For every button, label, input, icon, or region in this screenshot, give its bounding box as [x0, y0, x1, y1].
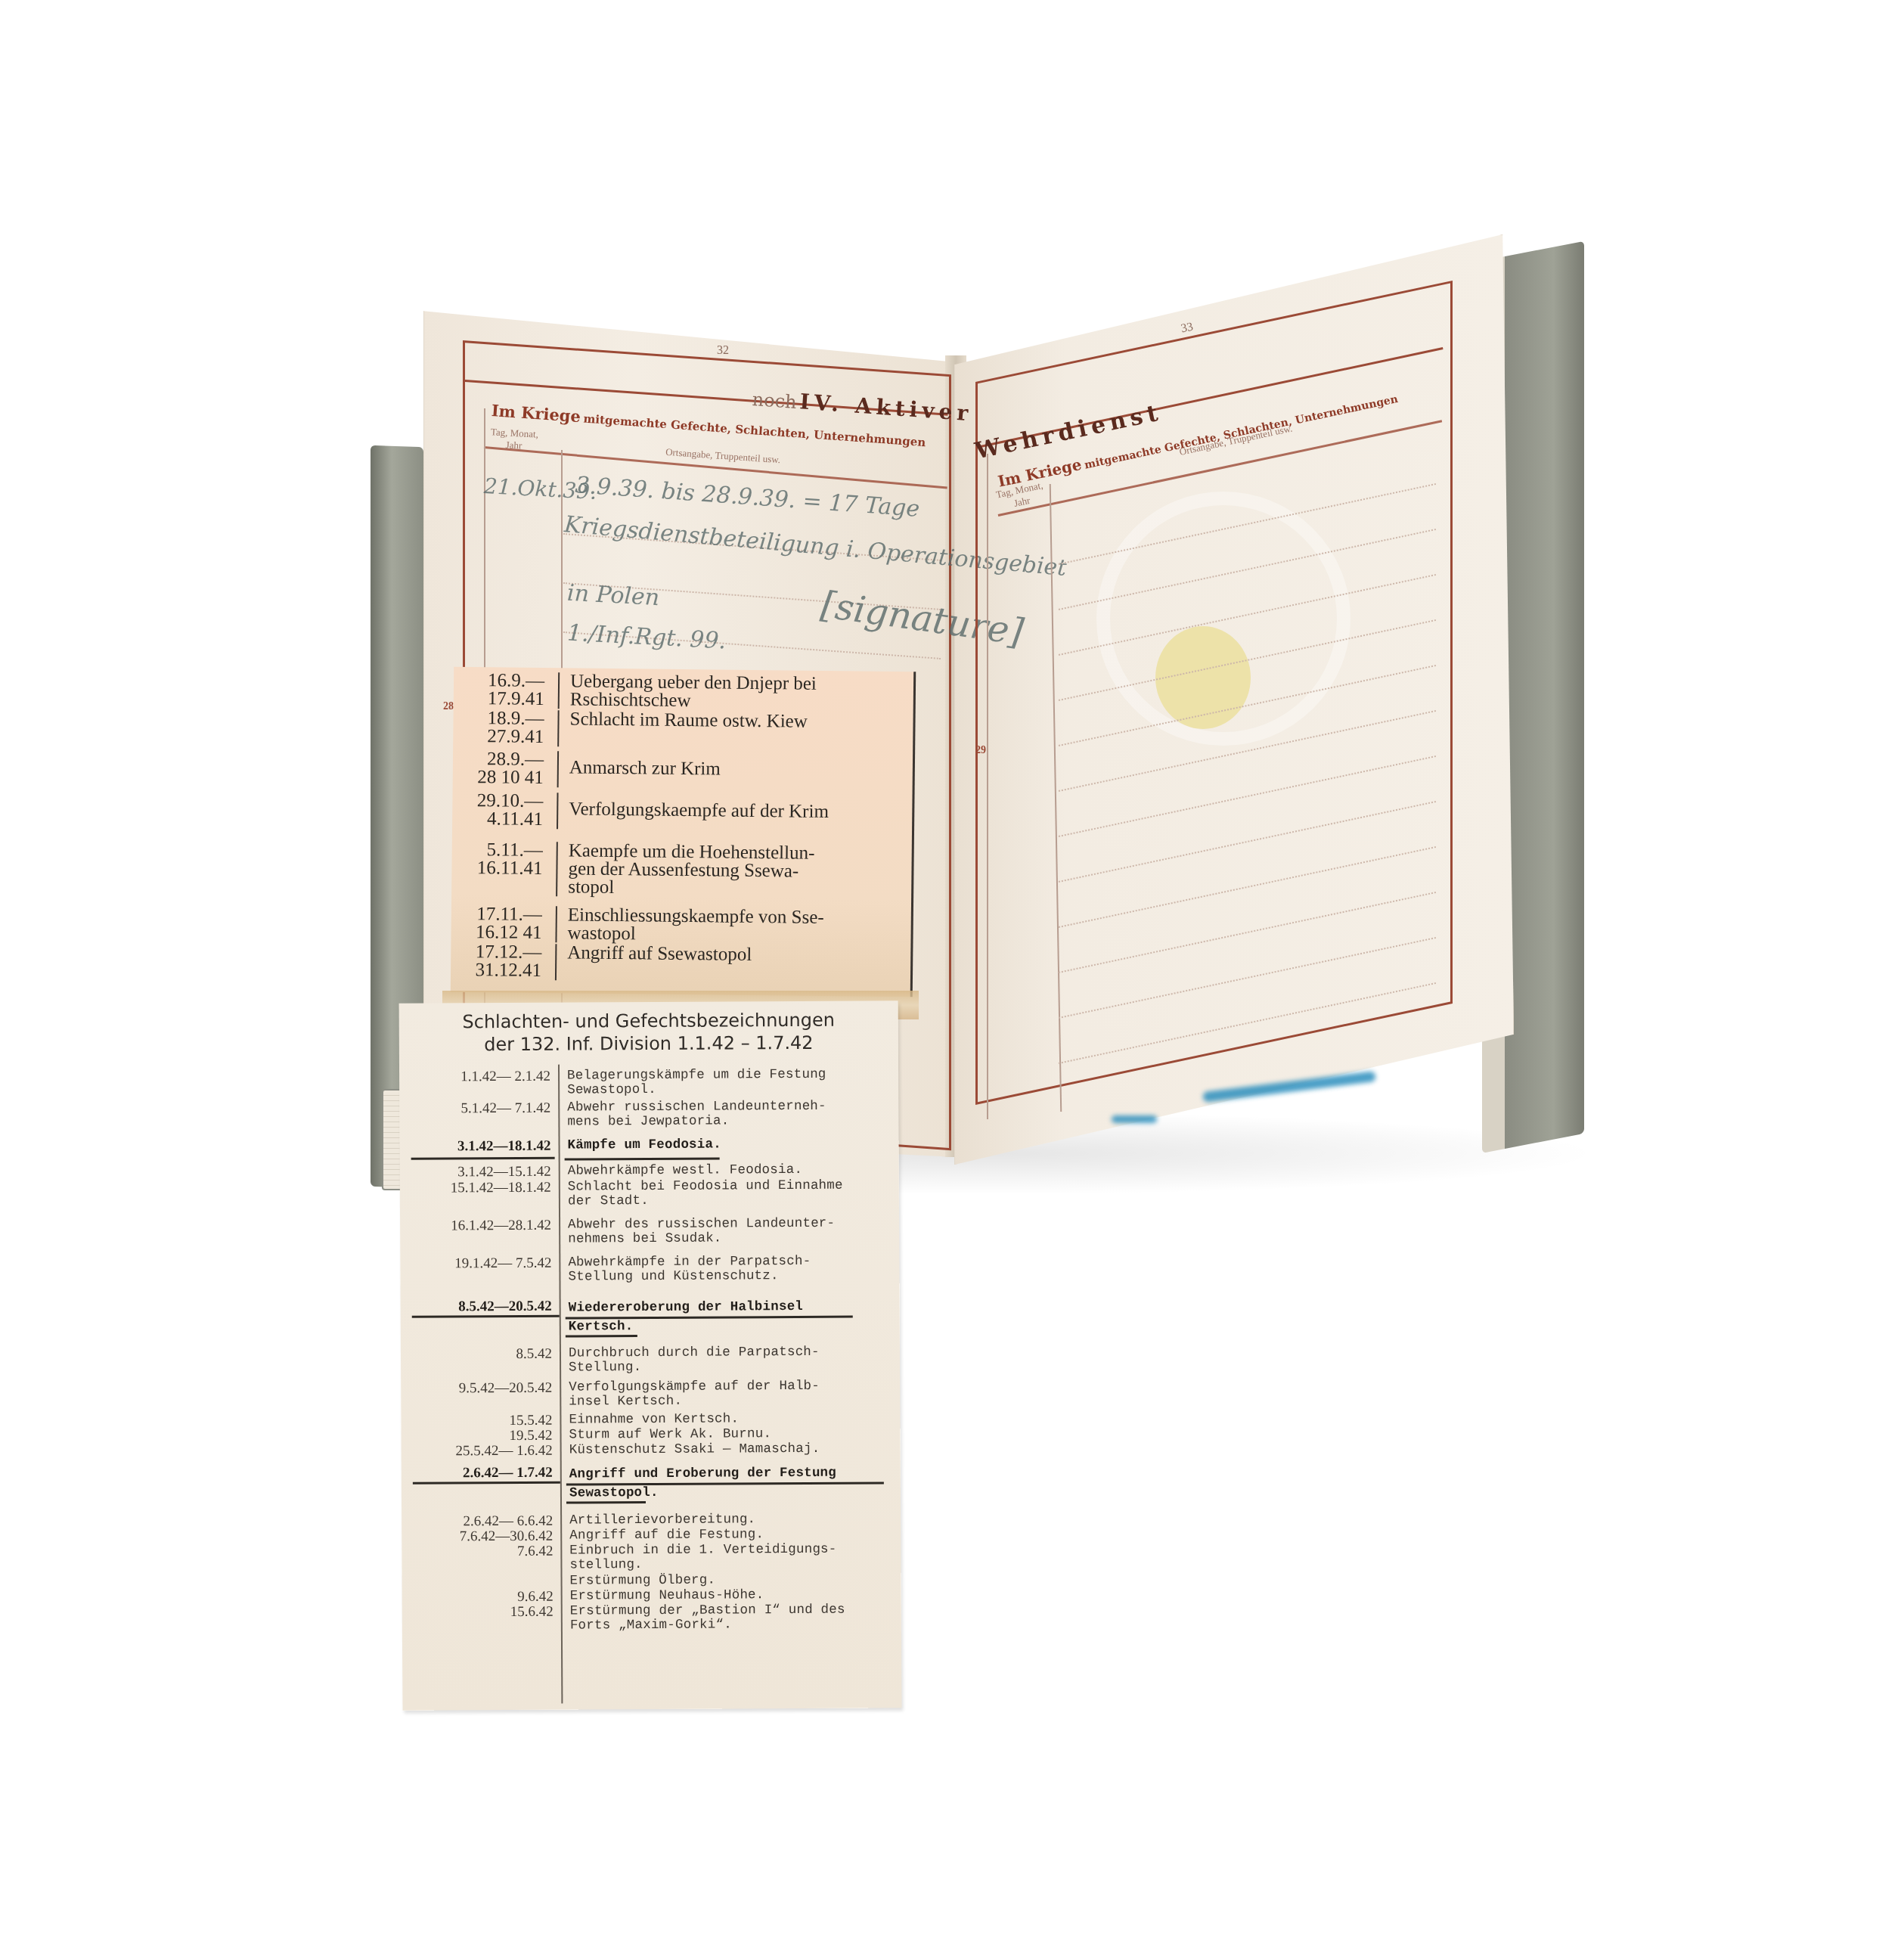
entry-date: 2.6.42— 1.7.42 [402, 1466, 562, 1504]
clipping-entry: 19.1.42— 7.5.42Abwehrkämpfe in der Parpa… [400, 1254, 892, 1285]
entry-text: Durchbruch durch die Parpatsch- Stellung… [561, 1345, 886, 1375]
entry-text: Einnahme von Kertsch. [561, 1411, 886, 1427]
clipping-entry: 1.1.42— 2.1.42Belagerungskämpfe um die F… [399, 1067, 891, 1098]
entry-date: 16.1.42—28.1.42 [400, 1218, 560, 1248]
row-number-left: 28 [443, 701, 454, 713]
clipping-entry: 15.1.42—18.1.42Schlacht bei Feodosia und… [400, 1178, 892, 1209]
entry-date: 9.5.42—20.5.42 [401, 1381, 561, 1410]
entry-text: Kaempfe um die Hoehenstellun- gen der Au… [556, 842, 886, 900]
entry-text: Schlacht bei Feodosia und Einnahme der S… [560, 1178, 885, 1208]
entry-date: 29.10.— 4.11.41 [452, 792, 557, 829]
blue-ink-stain [1112, 1115, 1157, 1123]
entry-text: Artillerievorbereitung. [562, 1512, 887, 1528]
section-rule [565, 1158, 720, 1161]
clipping-entry: 16.9.— 17.9.41 Uebergang ueber den Dnjep… [454, 672, 888, 712]
entry-date: 17.11.— 16.12 41 [451, 905, 555, 942]
entry-text: Küstenschutz Ssaki — Mamaschaj. [562, 1441, 887, 1457]
clipping-entry: 25.5.42— 1.6.42Küstenschutz Ssaki — Mama… [402, 1441, 893, 1458]
entry-date [402, 1575, 563, 1590]
clipping-entry: 5.1.42— 7.1.42Abwehr russischen Landeunt… [399, 1099, 891, 1130]
entry-text: Erstürmung Ölberg. [563, 1572, 888, 1588]
clipping-entry: Erstürmung Ölberg. [402, 1572, 894, 1589]
entry-date: 5.11.— 16.11.41 [451, 841, 557, 896]
clipping-entry: 2.6.42— 6.6.42Artillerievorbereitung. [402, 1512, 893, 1528]
entry-text: Anmarsch zur Krim [557, 751, 887, 791]
entry-text: Abwehr des russischen Landeunter- nehmen… [560, 1216, 885, 1246]
clipping-entry: 8.5.42Durchbruch durch die Parpatsch- St… [401, 1345, 892, 1376]
entry-date: 16.9.— 17.9.41 [454, 672, 558, 709]
entry-date: 28.9.— 28 10 41 [453, 750, 557, 787]
entry-date: 1.1.42— 2.1.42 [399, 1069, 560, 1099]
row-number-right: 29 [975, 745, 986, 757]
entry-text: Abwehr russischen Landeunterneh- mens be… [560, 1099, 885, 1129]
entry-date: 18.9.— 27.9.41 [453, 709, 557, 746]
clipping-entry: 15.5.42Einnahme von Kertsch. [401, 1411, 892, 1428]
entry-text: Sturm auf Werk Ak. Burnu. [562, 1426, 887, 1442]
entry-text: Einschliessungskaempfe von Sse- wastopol [555, 906, 885, 946]
entry-date: 19.1.42— 7.5.42 [400, 1256, 560, 1286]
section-rule [566, 1335, 637, 1337]
entry-date: 15.1.42—18.1.42 [400, 1181, 560, 1210]
entry-date: 8.5.42—20.5.42 [401, 1299, 561, 1338]
entry-date: 3.1.42—18.1.42 [399, 1139, 560, 1154]
clipping-entry: 28.9.— 28 10 41 Anmarsch zur Krim [453, 750, 887, 791]
entry-text: Uebergang ueber den Dnjepr bei Rschischt… [558, 672, 888, 712]
heading-prefix: noch [752, 389, 798, 413]
entry-text: Angriff auf Ssewastopol [555, 944, 885, 984]
entry-text: Kämpfe um Feodosia. [560, 1137, 885, 1153]
entry-date: 3.1.42—15.1.42 [400, 1165, 560, 1180]
clipping-entry: 15.6.42Erstürmung der „Bastion I“ und de… [402, 1602, 894, 1633]
entry-text: Erstürmung Neuhaus-Höhe. [563, 1587, 888, 1603]
clipping-entry: 9.5.42—20.5.42Verfolgungskämpfe auf der … [401, 1379, 892, 1410]
entry-text: Abwehrkämpfe westl. Feodosia. [560, 1162, 885, 1178]
right-margin-line [987, 454, 988, 1119]
clipping-entry: 3.1.42—15.1.42Abwehrkämpfe westl. Feodos… [400, 1162, 892, 1179]
entry-date: 7.6.42 [402, 1544, 562, 1574]
clipping-entry: 5.11.— 16.11.41 Kaempfe um die Hoehenste… [451, 841, 886, 900]
left-page-number: 32 [717, 344, 729, 358]
entry-date: 2.6.42— 6.6.42 [402, 1514, 562, 1529]
entry-date: 17.12.— 31.12.41 [451, 943, 555, 980]
clipping-entry-heading: 3.1.42—18.1.42Kämpfe um Feodosia. [399, 1137, 891, 1153]
clipping-entry: 16.1.42—28.1.42Abwehr des russischen Lan… [400, 1216, 892, 1247]
section-rule [566, 1501, 646, 1504]
entry-text: Einbruch in die 1. Verteidigungs- stellu… [562, 1542, 887, 1572]
entry-text: Erstürmung der „Bastion I“ und des Forts… [563, 1602, 888, 1633]
clipping-entry: 17.11.— 16.12 41 Einschliessungskaempfe … [451, 905, 885, 946]
entry-text: Verfolgungskämpfe auf der Halb- insel Ke… [561, 1379, 886, 1409]
handwritten-line-3: in Polen [566, 580, 660, 611]
entry-text: Angriff auf die Festung. [562, 1527, 887, 1543]
newspaper-clipping-132-inf-division: Schlachten- und Gefechtsbezeichnungen de… [399, 1001, 902, 1710]
entry-date: 15.6.42 [402, 1605, 563, 1634]
clipping-header-line-1: Schlachten- und Gefechtsbezeichnungen [429, 1008, 868, 1033]
entry-date: 19.5.42 [402, 1429, 562, 1444]
clipping-header: Schlachten- und Gefechtsbezeichnungen de… [429, 1008, 868, 1056]
clipping-header-line-2: der 132. Inf. Division 1.1.42 – 1.7.42 [429, 1031, 868, 1056]
newspaper-clipping-1941: 16.9.— 17.9.41 Uebergang ueber den Dnjep… [451, 667, 916, 997]
clipping-entry: 17.12.— 31.12.41 Angriff auf Ssewastopol [451, 943, 885, 984]
clipping-entry: 29.10.— 4.11.41 Verfolgungskaempfe auf d… [452, 792, 886, 833]
entry-date: 8.5.42 [401, 1347, 561, 1376]
entry-text: Schlacht im Raume ostw. Kiew [557, 710, 887, 750]
entry-date: 7.6.42—30.6.42 [402, 1529, 562, 1544]
entry-date: 25.5.42— 1.6.42 [402, 1444, 562, 1459]
clipping-entry: 7.6.42Einbruch in die 1. Verteidigungs- … [402, 1542, 893, 1573]
entry-date: 9.6.42 [402, 1590, 563, 1605]
entry-text: Abwehrkämpfe in der Parpatsch- Stellung … [560, 1254, 885, 1284]
entry-text: Belagerungskämpfe um die Festung Sewasto… [560, 1067, 885, 1097]
entry-date: 15.5.42 [401, 1413, 561, 1429]
clipping-entry: 18.9.— 27.9.41 Schlacht im Raume ostw. K… [453, 709, 887, 750]
entry-text: Verfolgungskaempfe auf der Krim [557, 793, 886, 833]
entry-date: 5.1.42— 7.1.42 [399, 1101, 560, 1131]
right-page-number: 33 [1180, 321, 1194, 337]
section-rule [411, 1157, 555, 1160]
